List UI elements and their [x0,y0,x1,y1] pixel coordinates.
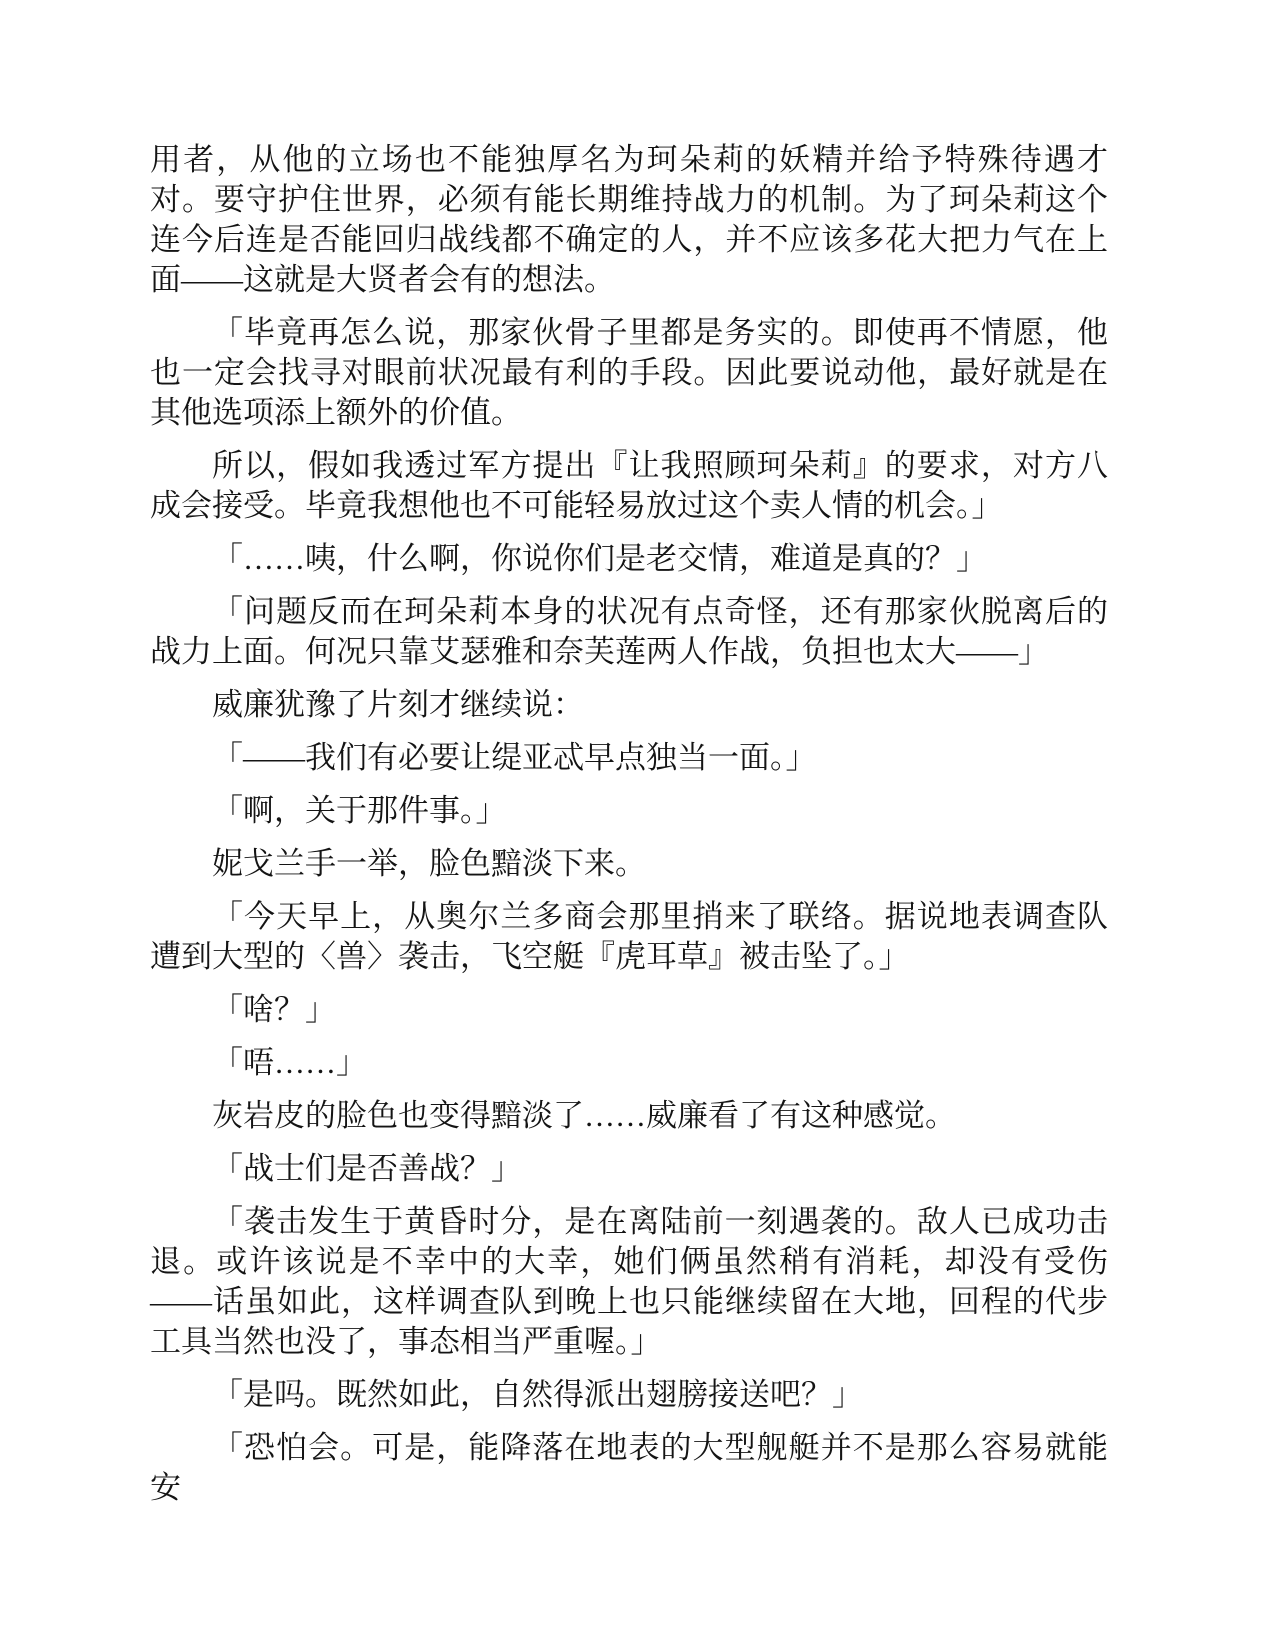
paragraph: 「啊，关于那件事。」 [150,791,1108,831]
paragraph: 「毕竟再怎么说，那家伙骨子里都是务实的。即使再不情愿，他也一定会找寻对眼前状况最… [150,313,1108,433]
paragraph: 「袭击发生于黄昏时分，是在离陆前一刻遇袭的。敌人已成功击退。或许该说是不幸中的大… [150,1202,1108,1362]
paragraph: 「恐怕会。可是，能降落在地表的大型舰艇并不是那么容易就能安 [150,1428,1108,1508]
paragraph: 「啥？」 [150,990,1108,1030]
paragraph: 「……咦，什么啊，你说你们是老交情，难道是真的？」 [150,539,1108,579]
paragraph: 用者，从他的立场也不能独厚名为珂朵莉的妖精并给予特殊待遇才对。要守护住世界，必须… [150,140,1108,300]
paragraph: 「——我们有必要让缇亚忒早点独当一面。」 [150,738,1108,778]
paragraph: 「今天早上，从奥尔兰多商会那里捎来了联络。据说地表调查队遭到大型的〈兽〉袭击，飞… [150,897,1108,977]
paragraph: 妮戈兰手一举，脸色黯淡下来。 [150,844,1108,884]
paragraph: 灰岩皮的脸色也变得黯淡了……威廉看了有这种感觉。 [150,1096,1108,1136]
paragraph: 「是吗。既然如此，自然得派出翅膀接送吧？」 [150,1375,1108,1415]
paragraph: 「唔……」 [150,1043,1108,1083]
paragraph: 威廉犹豫了片刻才继续说： [150,685,1108,725]
paragraph: 所以，假如我透过军方提出『让我照顾珂朵莉』的要求，对方八成会接受。毕竟我想他也不… [150,446,1108,526]
paragraph: 「战士们是否善战？」 [150,1149,1108,1189]
paragraph: 「问题反而在珂朵莉本身的状况有点奇怪，还有那家伙脱离后的战力上面。何况只靠艾瑟雅… [150,592,1108,672]
novel-page-text-block: 用者，从他的立场也不能独厚名为珂朵莉的妖精并给予特殊待遇才对。要守护住世界，必须… [150,140,1108,1521]
